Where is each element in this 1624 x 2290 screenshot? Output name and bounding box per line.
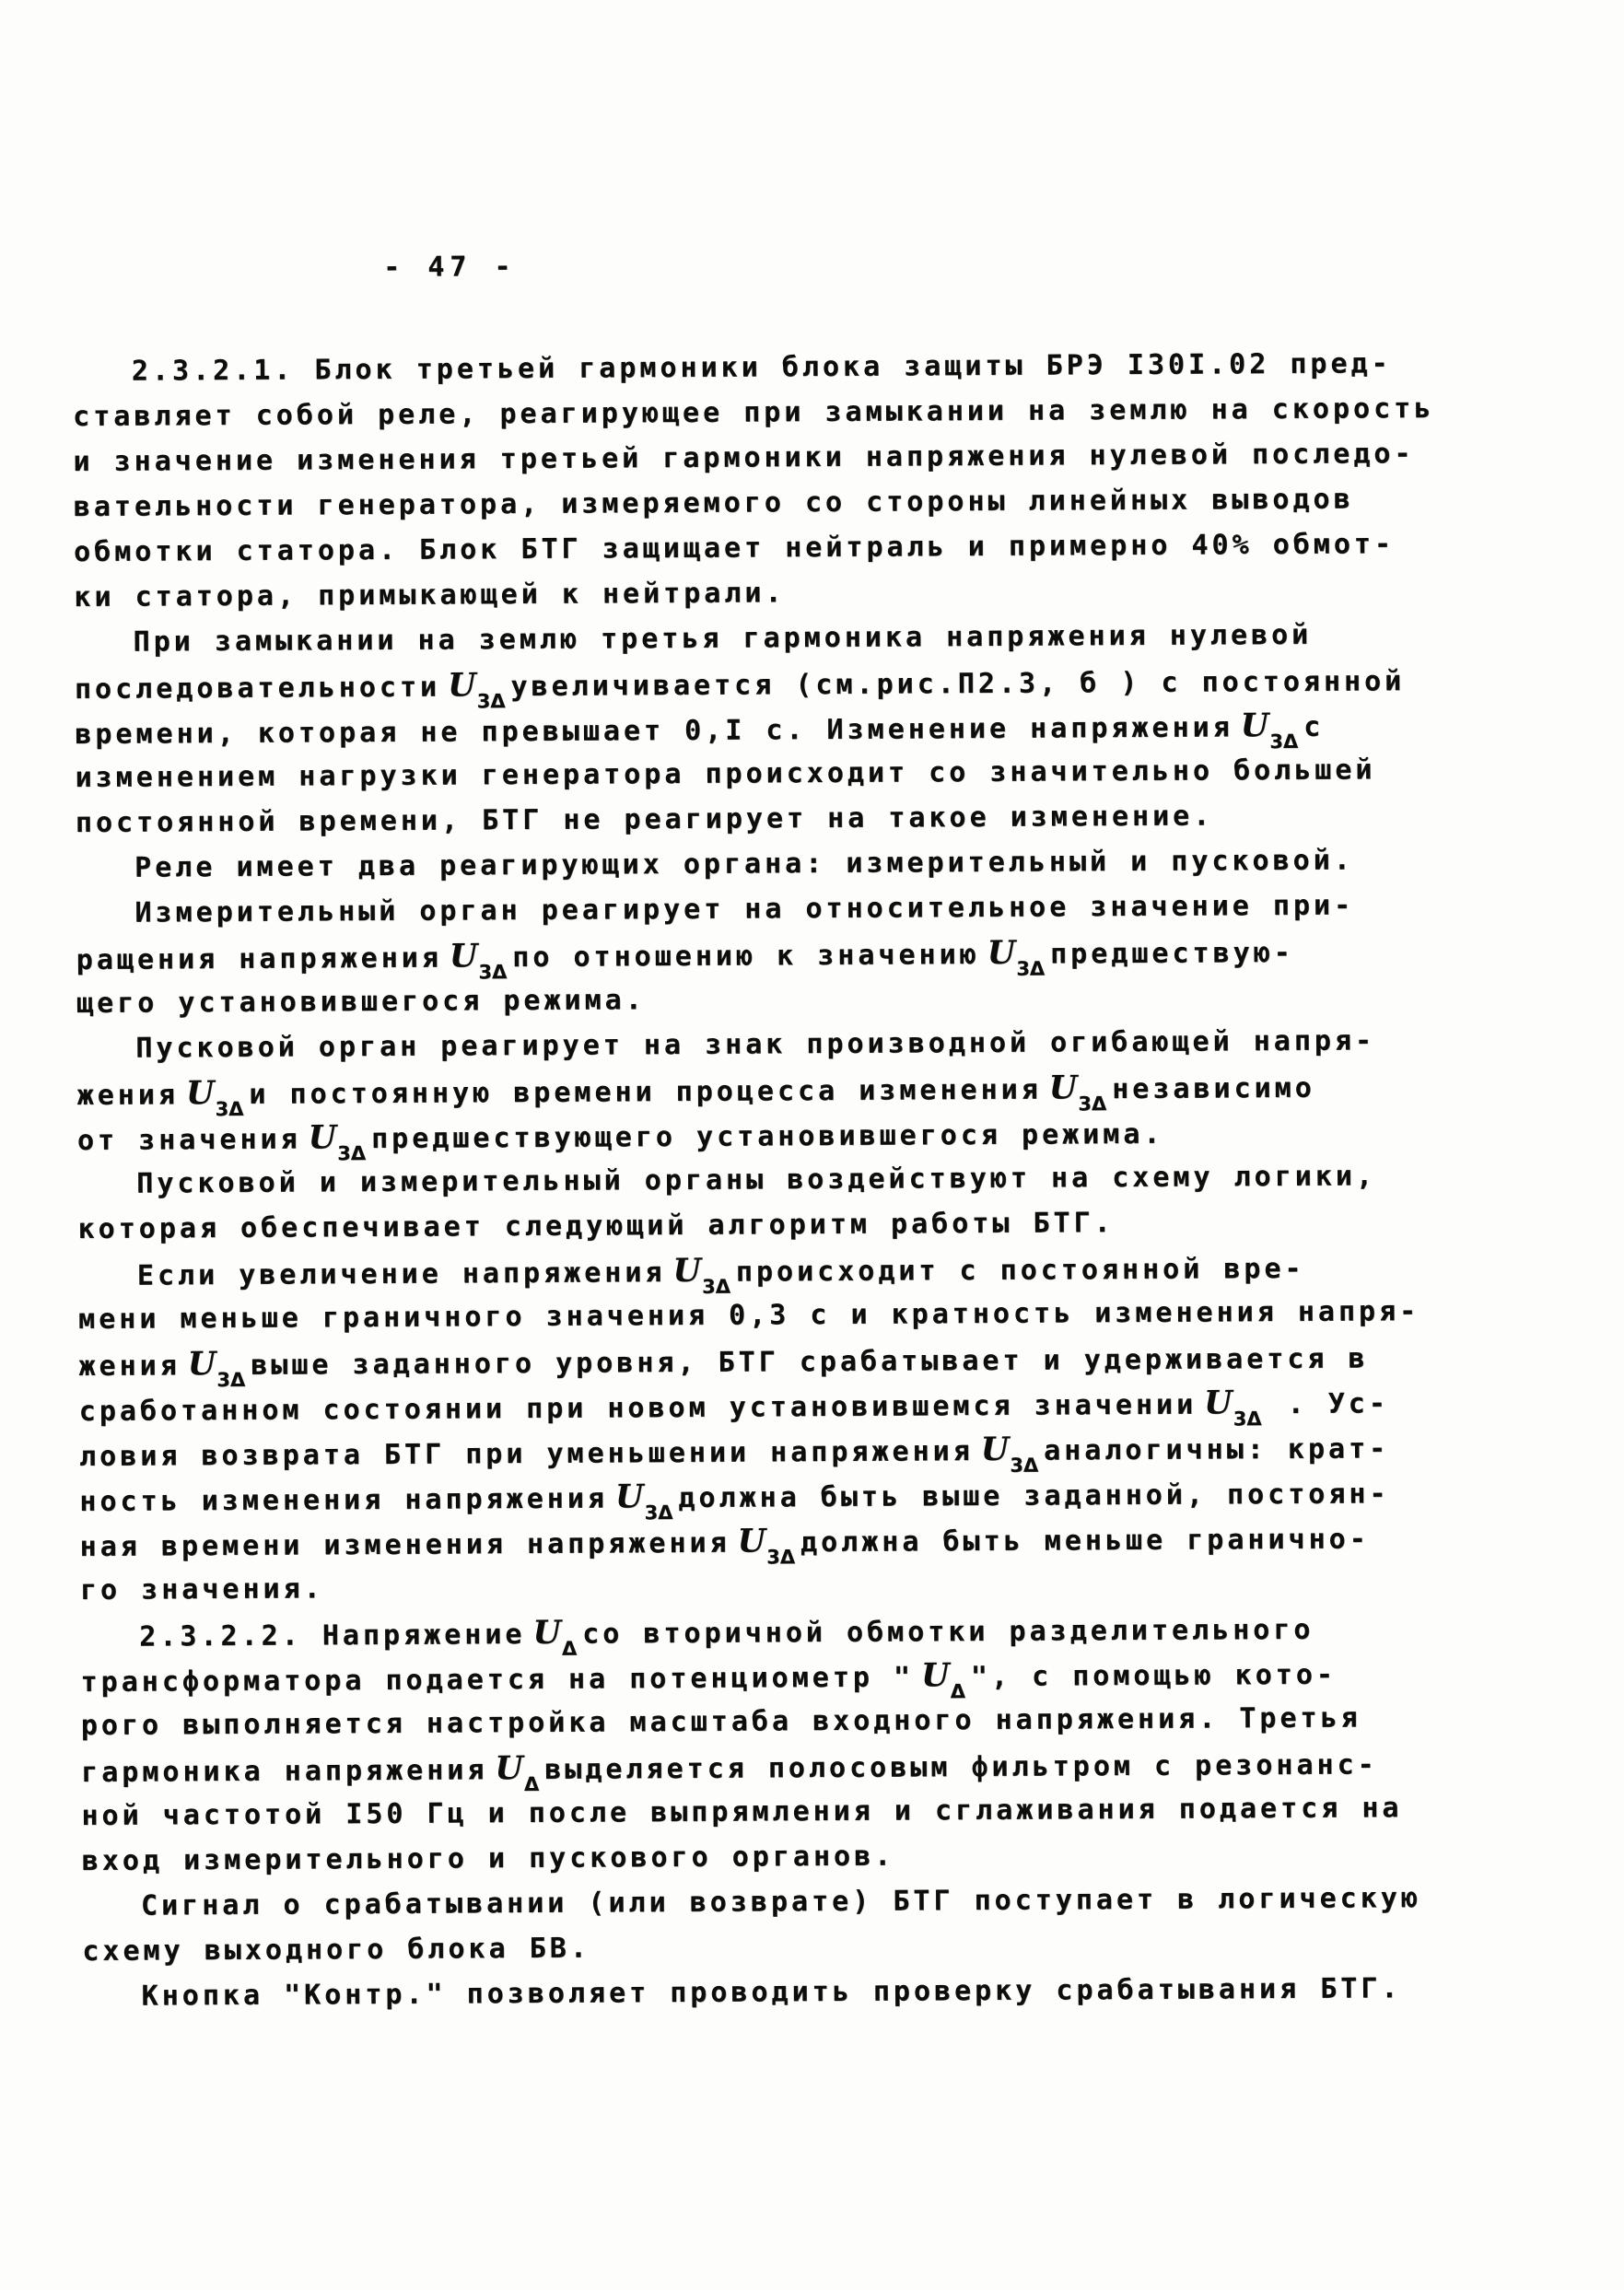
- text-line: ная времени изменения напряженияU3Δдолжн…: [79, 1513, 1571, 1568]
- text-line: Кнопка "Контр." позволяет проводить пров…: [82, 1965, 1574, 2019]
- voltage-letter: U: [495, 1749, 523, 1787]
- text-line: Сигнал о срабатывании (или возврате) БТГ…: [82, 1875, 1574, 1929]
- text-line: Пусковой орган реагирует на знак произво…: [76, 1017, 1569, 1071]
- voltage-letter: U: [188, 1345, 216, 1383]
- voltage-letter: U: [672, 1252, 701, 1290]
- text-line: ной частотой I50 Гц и после выпрямления …: [81, 1784, 1573, 1839]
- text-line: изменением нагрузки генератора происходи…: [75, 746, 1567, 800]
- text-line: Измерительный орган реагирует на относит…: [76, 882, 1568, 936]
- text-line: Пусковой и измерительный органы воздейст…: [77, 1152, 1570, 1207]
- voltage-letter: U: [1241, 707, 1269, 744]
- voltage-symbol: U3Δ: [979, 930, 1050, 992]
- scanned-document-page: - 47 - 2.3.2.1. Блок третьей гармоники б…: [0, 0, 1624, 2290]
- voltage-letter: U: [186, 1074, 215, 1112]
- voltage-letter: U: [987, 934, 1016, 972]
- voltage-letter: U: [981, 1431, 1010, 1468]
- text-line: последовательностиU3Δувеличивается (см.р…: [75, 656, 1567, 710]
- voltage-subscript: 3Δ: [766, 1535, 795, 1580]
- page-number: - 47 -: [383, 238, 1564, 290]
- voltage-symbol: U3Δ: [730, 1518, 800, 1580]
- voltage-letter: U: [1204, 1384, 1233, 1421]
- text-line: обмотки статора. Блок БТГ защищает нейтр…: [74, 520, 1566, 575]
- voltage-letter: U: [615, 1478, 644, 1515]
- voltage-letter: U: [921, 1656, 950, 1694]
- document-body: - 47 - 2.3.2.1. Блок третьей гармоники б…: [72, 238, 1575, 2019]
- voltage-letter: U: [1049, 1069, 1078, 1106]
- voltage-letter: U: [532, 1614, 561, 1652]
- voltage-letter: U: [448, 666, 476, 704]
- voltage-letter: U: [737, 1522, 765, 1560]
- voltage-letter: U: [308, 1118, 336, 1156]
- voltage-letter: U: [450, 937, 478, 975]
- voltage-subscript: 3Δ: [1016, 947, 1045, 992]
